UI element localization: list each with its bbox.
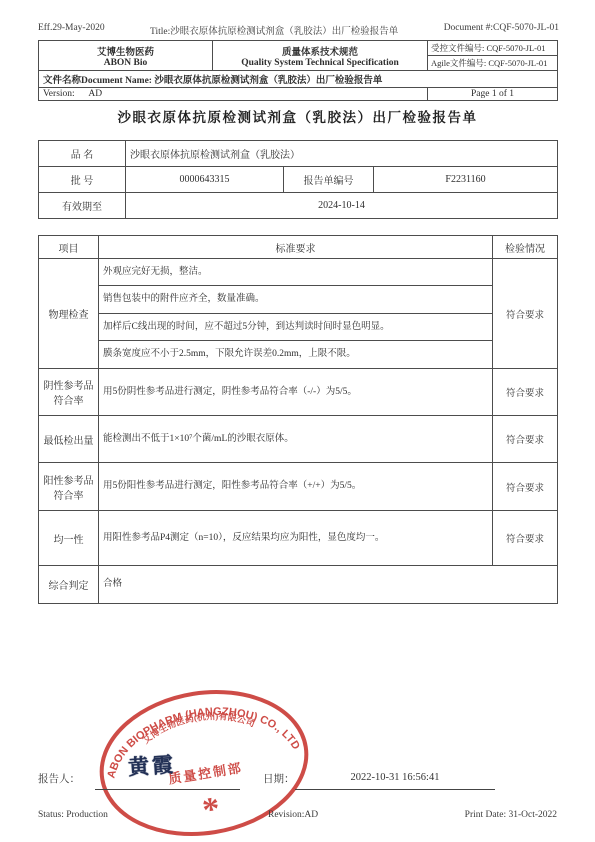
item-positive-reference: 阳性参考品符合率 bbox=[39, 463, 99, 511]
stamp-center-text: 质量控制部 bbox=[167, 760, 243, 787]
item-detection-limit: 最低检出量 bbox=[39, 416, 99, 463]
page-meta-line: Eff.29-May-2020 Title:沙眼衣原体抗原检测试剂盒（乳胶法）出… bbox=[38, 23, 559, 37]
date-value: 2022-10-31 16:56:41 bbox=[295, 772, 495, 783]
effective-date: Eff.29-May-2020 bbox=[38, 23, 105, 37]
item-uniformity: 均一性 bbox=[39, 511, 99, 566]
negative-reference-requirement: 用5份阴性参考品进行测定，阴性参考品符合率（-/-）为5/5。 bbox=[99, 369, 493, 416]
col-header-requirement: 标准要求 bbox=[99, 236, 493, 259]
company-name-en: ABON Bio bbox=[43, 58, 208, 68]
footer-print-date: Print Date: 31-Oct-2022 bbox=[465, 810, 557, 820]
conclusion-label: 综合判定 bbox=[39, 566, 99, 604]
document-title-meta: Title:沙眼衣原体抗原检测试剂盒（乳胶法）出厂检验报告单 bbox=[105, 23, 444, 37]
agile-doc-number: Agile文件编号: CQF-5070-JL-01 bbox=[428, 56, 557, 70]
negative-reference-result: 符合要求 bbox=[493, 369, 558, 416]
item-negative-reference: 阴性参考品符合率 bbox=[39, 369, 99, 416]
doc-numbers-cell: 受控文件编号: CQF-5070-JL-01 Agile文件编号: CQF-50… bbox=[428, 41, 558, 71]
spec-cell: 质量体系技术规范 Quality System Technical Specif… bbox=[213, 41, 428, 71]
product-name-label: 品 名 bbox=[39, 141, 126, 167]
positive-reference-result: 符合要求 bbox=[493, 463, 558, 511]
controlled-doc-number: 受控文件编号: CQF-5070-JL-01 bbox=[428, 41, 557, 56]
spec-title-cn: 质量体系技术规范 bbox=[217, 44, 423, 58]
product-info-table: 品 名 沙眼衣原体抗原检测试剂盒（乳胶法） 批 号 0000643315 报告单… bbox=[38, 140, 558, 219]
company-name-cn: 艾博生物医药 bbox=[43, 44, 208, 58]
date-label: 日期： bbox=[263, 771, 295, 786]
positive-reference-requirement: 用5份阳性参考品进行测定，阳性参考品符合率（+/+）为5/5。 bbox=[99, 463, 493, 511]
detection-limit-requirement: 能检测出不低于1×10⁷个菌/mL的沙眼衣原体。 bbox=[99, 416, 493, 463]
version-cell: Version: AD bbox=[39, 88, 428, 101]
physical-result: 符合要求 bbox=[493, 259, 558, 369]
uniformity-requirement: 用阳性参考品P4测定（n=10），反应结果均应为阳性，显色度均一。 bbox=[99, 511, 493, 566]
product-name-value: 沙眼衣原体抗原检测试剂盒（乳胶法） bbox=[126, 141, 558, 167]
physical-req-packaging: 销售包装中的附件应齐全，数量准确。 bbox=[99, 286, 493, 314]
expiry-value: 2024-10-14 bbox=[126, 193, 558, 219]
physical-req-appearance: 外观应完好无损，整洁。 bbox=[99, 259, 493, 286]
spec-title-en: Quality System Technical Specification bbox=[217, 58, 423, 68]
document-number: Document #:CQF-5070-JL-01 bbox=[444, 23, 559, 37]
date-line bbox=[295, 789, 495, 790]
col-header-item: 项目 bbox=[39, 236, 99, 259]
report-number-value: F2231160 bbox=[374, 167, 558, 193]
report-number-label: 报告单编号 bbox=[284, 167, 374, 193]
col-header-result: 检验情况 bbox=[493, 236, 558, 259]
document-header-table: 艾博生物医药 ABON Bio 质量体系技术规范 Quality System … bbox=[38, 40, 558, 101]
reporter-signature-line bbox=[95, 789, 240, 790]
physical-req-cline-time: 加样后C线出现的时间，应不超过5分钟，到达判读时间时显色明显。 bbox=[99, 314, 493, 341]
report-title: 沙眼衣原体抗原检测试剂盒（乳胶法）出厂检验报告单 bbox=[0, 106, 595, 126]
detection-limit-result: 符合要求 bbox=[493, 416, 558, 463]
page-number-cell: Page 1 of 1 bbox=[428, 88, 558, 101]
reporter-signature: 黄霞 bbox=[127, 748, 177, 781]
document-name: 文件名称Document Name: 沙眼衣原体抗原检测试剂盒（乳胶法）出厂检验… bbox=[39, 71, 558, 88]
uniformity-result: 符合要求 bbox=[493, 511, 558, 566]
footer-revision: Revision:AD bbox=[268, 810, 318, 820]
conclusion-value: 合格 bbox=[99, 566, 558, 604]
physical-req-strip-width: 膜条宽度应不小于2.5mm，下限允许误差0.2mm，上限不限。 bbox=[99, 341, 493, 369]
item-physical-check: 物理检查 bbox=[39, 259, 99, 369]
lot-number-label: 批 号 bbox=[39, 167, 126, 193]
reporter-label: 报告人： bbox=[38, 771, 80, 786]
lot-number-value: 0000643315 bbox=[126, 167, 284, 193]
expiry-label: 有效期至 bbox=[39, 193, 126, 219]
inspection-table: 项目 标准要求 检验情况 物理检查 外观应完好无损，整洁。 符合要求 销售包装中… bbox=[38, 235, 558, 604]
company-cell: 艾博生物医药 ABON Bio bbox=[39, 41, 213, 71]
